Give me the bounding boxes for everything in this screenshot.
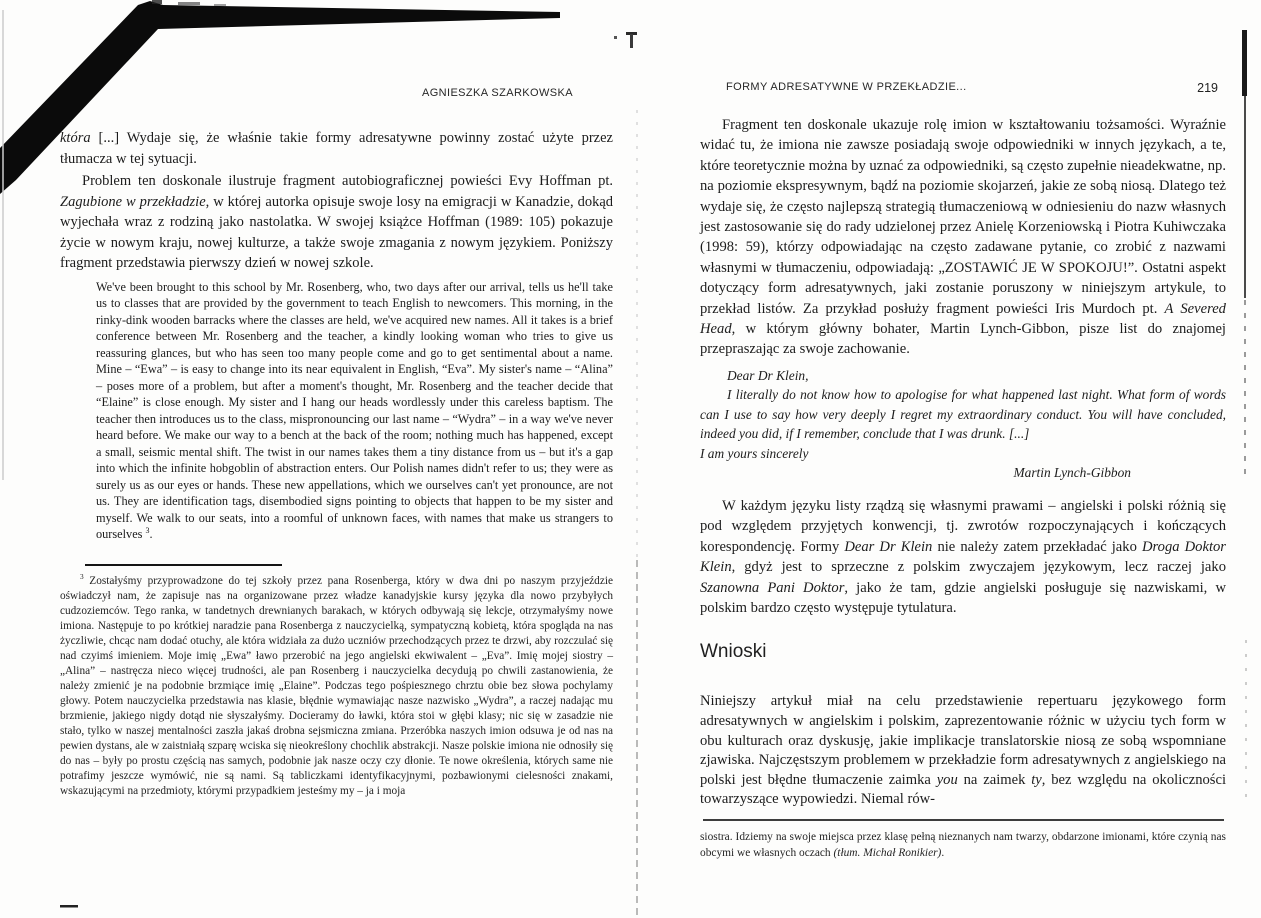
scan-right-edge-dark xyxy=(1242,30,1247,96)
letter-body: I literally do not know how to apologise… xyxy=(700,385,1226,444)
left-page: 218 AGNIESZKA SZARKOWSKA która [...] Wyd… xyxy=(60,84,613,914)
section-heading-wnioski: Wnioski xyxy=(700,641,1226,663)
fragment-paragraph: Fragment ten doskonale ukazuje rolę imio… xyxy=(700,115,1226,360)
footnote-continuation-rule xyxy=(703,819,1224,821)
right-page: FORMY ADRESATYWNE W PRZEKŁADZIE... 219 F… xyxy=(700,80,1226,892)
scan-speckle-2 xyxy=(178,2,200,5)
conclusions-paragraph: Niniejszy artykuł miał na celu przedstaw… xyxy=(700,692,1226,810)
page-number-right: 219 xyxy=(1197,81,1218,95)
scan-speckle-1 xyxy=(152,0,162,4)
scan-speckle-3 xyxy=(214,4,226,6)
book-scan-spread: { "colors": {"paper": "#fdfdfc", "ink": … xyxy=(0,0,1261,918)
running-head-title: FORMY ADRESATYWNE W PRZEKŁADZIE... xyxy=(726,81,967,93)
letter-signature: Martin Lynch-Gibbon xyxy=(700,463,1226,483)
scan-mark-t-top xyxy=(626,32,637,35)
letters-paragraph: W każdym języku listy rządzą się własnym… xyxy=(700,496,1226,618)
lead-paragraph: która [...] Wydaje się, że właśnie takie… xyxy=(60,128,613,169)
left-running-row: 218 AGNIESZKA SZARKOWSKA xyxy=(60,84,613,100)
letter-salutation: Dear Dr Klein, xyxy=(700,366,1226,386)
english-block-quote: We've been brought to this school by Mr.… xyxy=(96,279,613,543)
right-running-row: FORMY ADRESATYWNE W PRZEKŁADZIE... 219 xyxy=(700,80,1226,96)
page-number-left: 218 xyxy=(62,90,83,104)
footnote: 3 Zostałyśmy przyprowadzone do tej szkoł… xyxy=(60,574,613,799)
footnote-rule xyxy=(85,564,282,566)
footnote-continuation: siostra. Idziemy na swoje miejsca przez … xyxy=(700,829,1226,862)
letter-closing: I am yours sincerely xyxy=(700,444,1226,464)
hoffman-paragraph: Problem ten doskonale ilustruje fragment… xyxy=(60,171,613,274)
letter-quote: Dear Dr Klein, I literally do not know h… xyxy=(700,366,1226,483)
running-head-author: AGNIESZKA SZARKOWSKA xyxy=(422,87,573,99)
scan-mark-t-stem xyxy=(630,34,633,48)
scan-mark-dot xyxy=(614,36,617,39)
